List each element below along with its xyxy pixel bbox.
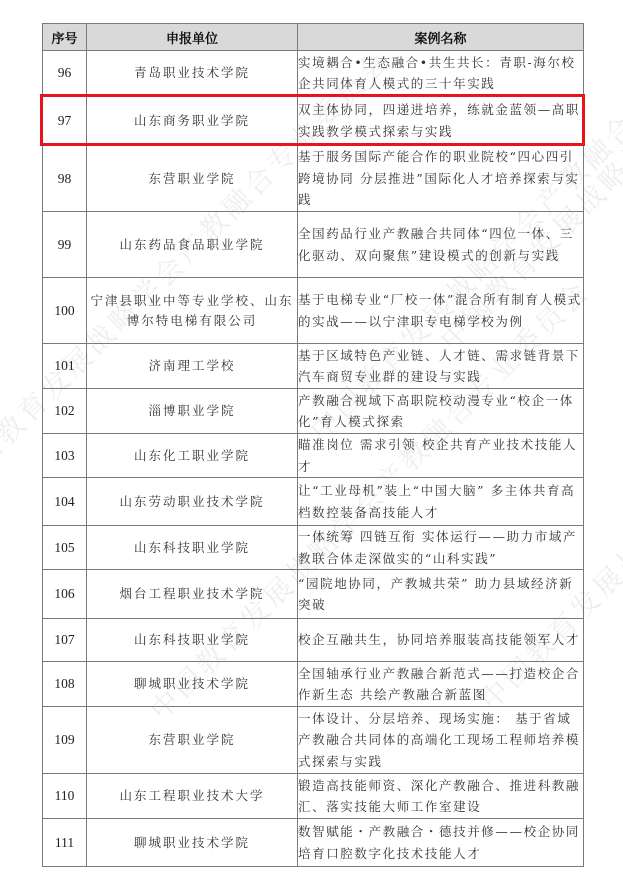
table-row: 105山东科技职业学院一体统筹 四链互衔 实体运行——助力市域产教联合体走深做实…	[43, 526, 584, 570]
row-number: 101	[43, 344, 87, 389]
row-number: 102	[43, 389, 87, 434]
table-row: 102淄博职业学院产教融合视域下高职院校动漫专业“校企一体化”育人模式探索	[43, 389, 584, 434]
table-row: 99山东药品食品职业学院全国药品行业产教融合共同体“四位一体、三化驱动、双向聚焦…	[43, 212, 584, 278]
applicant-unit: 山东劳动职业技术学院	[87, 478, 298, 526]
table-row: 110山东工程职业技术大学锻造高技能师资、深化产教融合、推进科教融汇、落实技能大…	[43, 774, 584, 819]
table-row: 97山东商务职业学院双主体协同，四递进培养，练就金蓝领—高职实践教学模式探索与实…	[43, 96, 584, 146]
row-number: 103	[43, 434, 87, 478]
applicant-unit: 东营职业学院	[87, 146, 298, 212]
case-name: 一体统筹 四链互衔 实体运行——助力市域产教联合体走深做实的“山科实践”	[298, 526, 584, 570]
case-name: 全国药品行业产教融合共同体“四位一体、三化驱动、双向聚焦”建设模式的创新与实践	[298, 212, 584, 278]
applicant-unit: 山东商务职业学院	[87, 96, 298, 146]
case-name: 基于服务国际产能合作的职业院校“四心四引 跨境协同 分层推进”国际化人才培养探索…	[298, 146, 584, 212]
row-number: 99	[43, 212, 87, 278]
header-no: 序号	[43, 24, 87, 51]
row-number: 100	[43, 278, 87, 344]
applicant-unit: 青岛职业技术学院	[87, 51, 298, 96]
case-name: 校企互融共生，协同培养服装高技能领军人才	[298, 619, 584, 662]
table-row: 109东营职业学院一体设计、分层培养、现场实施： 基于省域产教融合共同体的高端化…	[43, 707, 584, 774]
table-row: 104山东劳动职业技术学院让“工业母机”装上“中国大脑” 多主体共育高档数控装备…	[43, 478, 584, 526]
case-name: 瞄准岗位 需求引领 校企共育产业技术技能人才	[298, 434, 584, 478]
applicant-unit: 烟台工程职业技术学院	[87, 570, 298, 619]
table-row: 111聊城职业技术学院数智赋能・产教融合・德技并修——校企协同培育口腔数字化技术…	[43, 819, 584, 867]
table-row: 96青岛职业技术学院实境耦合•生态融合•共生共长：青职-海尔校企共同体育人模式的…	[43, 51, 584, 96]
applicant-unit: 山东化工职业学院	[87, 434, 298, 478]
case-name: 数智赋能・产教融合・德技并修——校企协同培育口腔数字化技术技能人才	[298, 819, 584, 867]
case-name: “园院地协同，产教城共荣” 助力县域经济新突破	[298, 570, 584, 619]
case-name: 锻造高技能师资、深化产教融合、推进科教融汇、落实技能大师工作室建设	[298, 774, 584, 819]
applicant-unit: 山东科技职业学院	[87, 619, 298, 662]
case-name: 全国轴承行业产教融合新范式——打造校企合作新生态 共绘产教融合新蓝图	[298, 662, 584, 707]
row-number: 97	[43, 96, 87, 146]
case-name: 让“工业母机”装上“中国大脑” 多主体共育高档数控装备高技能人才	[298, 478, 584, 526]
document-page: 中国教育发展战略学会产教融合专业委员会 中国教育发展战略学会产教融合专业委员会 …	[0, 0, 623, 889]
applicant-unit: 山东科技职业学院	[87, 526, 298, 570]
header-case-name: 案例名称	[298, 24, 584, 51]
case-table: 序号 申报单位 案例名称 96青岛职业技术学院实境耦合•生态融合•共生共长：青职…	[42, 23, 584, 867]
case-name: 基于电梯专业“厂校一体”混合所有制育人模式的实战——以宁津职专电梯学校为例	[298, 278, 584, 344]
case-name: 一体设计、分层培养、现场实施： 基于省域产教融合共同体的高端化工现场工程师培养模…	[298, 707, 584, 774]
row-number: 107	[43, 619, 87, 662]
case-name: 双主体协同，四递进培养，练就金蓝领—高职实践教学模式探索与实践	[298, 96, 584, 146]
table-row: 100宁津县职业中等专业学校、山东博尔特电梯有限公司基于电梯专业“厂校一体”混合…	[43, 278, 584, 344]
row-number: 96	[43, 51, 87, 96]
case-name: 产教融合视域下高职院校动漫专业“校企一体化”育人模式探索	[298, 389, 584, 434]
row-number: 98	[43, 146, 87, 212]
header-unit: 申报单位	[87, 24, 298, 51]
applicant-unit: 东营职业学院	[87, 707, 298, 774]
table-row: 106烟台工程职业技术学院“园院地协同，产教城共荣” 助力县域经济新突破	[43, 570, 584, 619]
row-number: 105	[43, 526, 87, 570]
row-number: 111	[43, 819, 87, 867]
row-number: 110	[43, 774, 87, 819]
applicant-unit: 淄博职业学院	[87, 389, 298, 434]
row-number: 108	[43, 662, 87, 707]
applicant-unit: 聊城职业技术学院	[87, 662, 298, 707]
case-name: 实境耦合•生态融合•共生共长：青职-海尔校企共同体育人模式的三十年实践	[298, 51, 584, 96]
applicant-unit: 山东药品食品职业学院	[87, 212, 298, 278]
applicant-unit: 聊城职业技术学院	[87, 819, 298, 867]
table-header-row: 序号 申报单位 案例名称	[43, 24, 584, 51]
applicant-unit: 山东工程职业技术大学	[87, 774, 298, 819]
table-row: 108聊城职业技术学院全国轴承行业产教融合新范式——打造校企合作新生态 共绘产教…	[43, 662, 584, 707]
table-row: 101济南理工学校基于区域特色产业链、人才链、需求链背景下汽车商贸专业群的建设与…	[43, 344, 584, 389]
row-number: 106	[43, 570, 87, 619]
table-row: 107山东科技职业学院校企互融共生，协同培养服装高技能领军人才	[43, 619, 584, 662]
case-name: 基于区域特色产业链、人才链、需求链背景下汽车商贸专业群的建设与实践	[298, 344, 584, 389]
applicant-unit: 宁津县职业中等专业学校、山东博尔特电梯有限公司	[87, 278, 298, 344]
row-number: 109	[43, 707, 87, 774]
applicant-unit: 济南理工学校	[87, 344, 298, 389]
table-row: 98东营职业学院基于服务国际产能合作的职业院校“四心四引 跨境协同 分层推进”国…	[43, 146, 584, 212]
row-number: 104	[43, 478, 87, 526]
table-row: 103山东化工职业学院瞄准岗位 需求引领 校企共育产业技术技能人才	[43, 434, 584, 478]
